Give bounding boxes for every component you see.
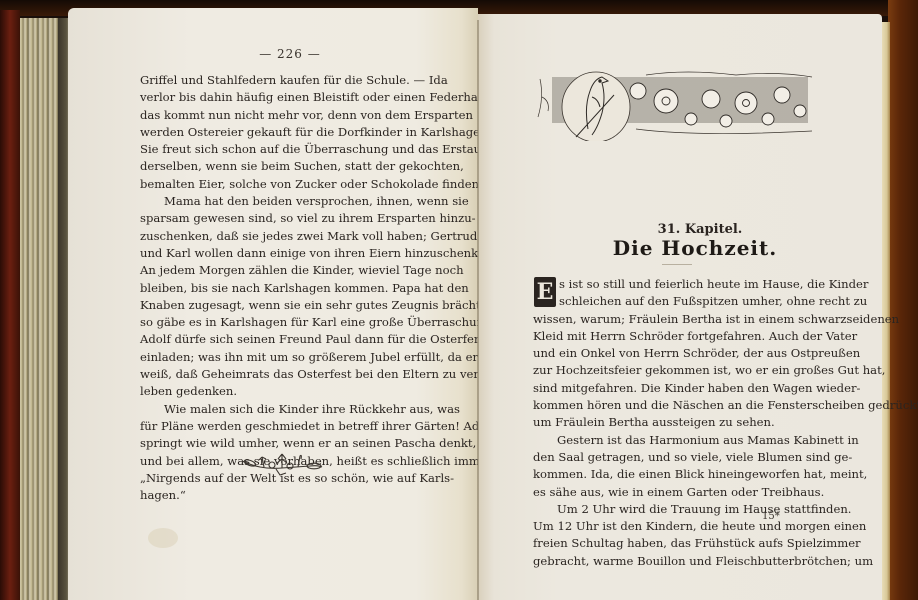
text-line: springt wie wild umher, wenn er an seine… (140, 435, 432, 452)
text-line: hagen.“ (140, 487, 432, 504)
text-line: Gestern ist das Harmonium aus Mamas Kabi… (533, 432, 820, 449)
floral-vignette-icon (240, 451, 324, 477)
paper-stain (148, 528, 178, 548)
text-line: Wie malen sich die Kinder ihre Rückkehr … (140, 401, 432, 418)
text-line: kommen. Ida, die einen Blick hineingewor… (533, 466, 820, 483)
paragraph: Mama hat den beiden versprochen, ihnen, … (140, 193, 432, 401)
text-line: das kommt nun nicht mehr vor, denn von d… (140, 107, 432, 124)
text-line: derselben, wenn sie beim Suchen, statt d… (140, 158, 432, 175)
title-rule (662, 264, 692, 265)
text-line: s ist so still und feierlich heute im Ha… (533, 276, 820, 293)
chapter-number: 31. Kapitel. (590, 222, 810, 237)
text-line: gebracht, warme Bouillon und Fleischbutt… (533, 553, 820, 570)
text-line: zur Hochzeitsfeier gekommen ist, wo er e… (533, 362, 820, 379)
chapter-title: Die Hochzeit. (560, 236, 830, 260)
text-line: leben gedenken. (140, 383, 432, 400)
text-line: und Karl wollen dann einige von ihren Ei… (140, 245, 432, 262)
text-line: werden Ostereier gekauft für die Dorfkin… (140, 124, 432, 141)
text-line: Sie freut sich schon auf die Überraschun… (140, 141, 432, 158)
text-line: so gäbe es in Karlshagen für Karl eine g… (140, 314, 432, 331)
paragraph: Gestern ist das Harmonium aus Mamas Kabi… (533, 432, 820, 501)
text-line: kommen hören und die Näschen an die Fens… (533, 397, 820, 414)
text-line: verlor bis dahin häufig einen Bleistift … (140, 89, 432, 106)
text-line: um Fräulein Bertha aussteigen zu sehen. (533, 414, 820, 431)
left-page-body: Griffel und Stahlfedern kaufen für die S… (140, 72, 432, 504)
text-line: einladen; was ihn mit um so größerem Jub… (140, 349, 432, 366)
book-cover-right (888, 0, 918, 600)
text-line: Adolf dürfe sich seinen Freund Paul dann… (140, 331, 432, 348)
paragraph: Griffel und Stahlfedern kaufen für die S… (140, 72, 432, 193)
signature-mark: 15* (762, 511, 780, 522)
text-line: sind mitgefahren. Die Kinder haben den W… (533, 380, 820, 397)
right-page-edges (882, 22, 890, 600)
bird-and-flowers-headpiece-icon (536, 67, 818, 141)
text-line: freien Schultag haben, das Frühstück auf… (533, 535, 820, 552)
text-line: Knaben zugesagt, wenn sie ein sehr gutes… (140, 297, 432, 314)
text-line: Griffel und Stahlfedern kaufen für die S… (140, 72, 432, 89)
text-line: schleichen auf den Fußspitzen umher, ohn… (533, 293, 820, 310)
text-line: Kleid mit Herrn Schröder fortgefahren. A… (533, 328, 820, 345)
text-line: und ein Onkel von Herrn Schröder, der au… (533, 345, 820, 362)
paragraph: s ist so still und feierlich heute im Ha… (533, 276, 820, 432)
text-line: den Saal getragen, und so viele, viele B… (533, 449, 820, 466)
book-cover-left (0, 10, 20, 600)
text-line: wissen, warum; Fräulein Bertha ist in ei… (533, 311, 820, 328)
text-line: An jedem Morgen zählen die Kinder, wievi… (140, 262, 432, 279)
text-line: bleiben, bis sie nach Karlshagen kommen.… (140, 280, 432, 297)
text-line: bemalten Eier, solche von Zucker oder Sc… (140, 176, 432, 193)
text-line: weiß, daß Geheimrats das Osterfest bei d… (140, 366, 432, 383)
text-line: sparsam gewesen sind, so viel zu ihrem E… (140, 210, 432, 227)
book-gutter (477, 20, 479, 600)
text-line: zuschenken, daß sie jedes zwei Mark voll… (140, 228, 432, 245)
right-page-body: s ist so still und feierlich heute im Ha… (533, 276, 820, 570)
text-line: es sähe aus, wie in einem Garten oder Tr… (533, 484, 820, 501)
text-line: Mama hat den beiden versprochen, ihnen, … (140, 193, 432, 210)
text-line: für Pläne werden geschmiedet in betreff … (140, 418, 432, 435)
page-number: — 226 — (240, 47, 340, 61)
